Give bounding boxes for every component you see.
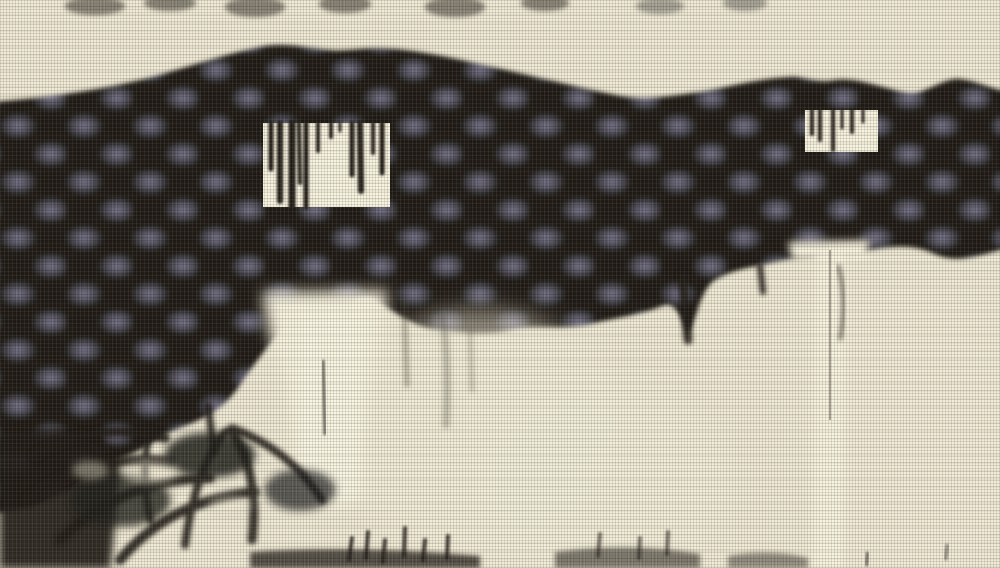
right-window xyxy=(805,110,878,152)
left-window xyxy=(263,123,390,207)
scene-painting xyxy=(0,0,1000,568)
streak-inner-line xyxy=(323,360,325,435)
artwork-canvas xyxy=(0,0,1000,568)
